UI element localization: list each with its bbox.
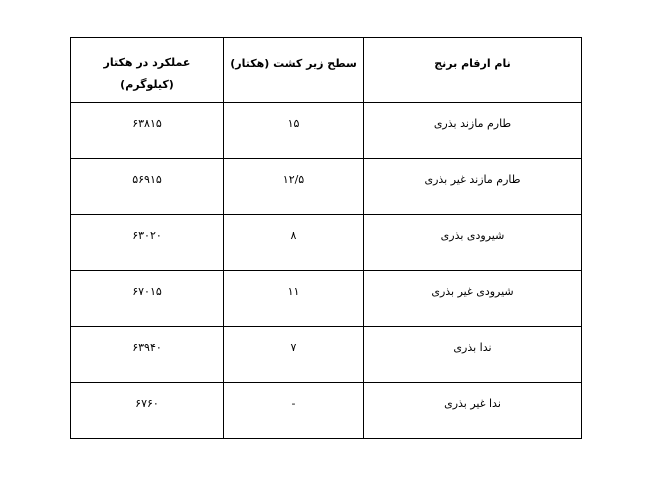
table-row: ندا غیر بذری - ۶۷۶۰ (71, 383, 582, 439)
cell-yield: ۶۳۹۴۰ (71, 327, 224, 383)
cell-variety-name: طارم مازند بذری (364, 103, 582, 159)
table-row: ندا بذری ۷ ۶۳۹۴۰ (71, 327, 582, 383)
table-row: شیرودی بذری ۸ ۶۳۰۲۰ (71, 215, 582, 271)
cell-variety-name: ندا غیر بذری (364, 383, 582, 439)
rice-varieties-table: نام ارقام برنج سطح زیر کشت (هکتار) عملکر… (70, 37, 582, 439)
cell-area: - (224, 383, 364, 439)
header-yield-line1: عملکرد در هکتار (71, 52, 223, 74)
header-variety-name: نام ارقام برنج (364, 38, 582, 103)
cell-variety-name: طارم مازند غیر بذری (364, 159, 582, 215)
header-row: نام ارقام برنج سطح زیر کشت (هکتار) عملکر… (71, 38, 582, 103)
cell-variety-name: ندا بذری (364, 327, 582, 383)
cell-variety-name: شیرودی بذری (364, 215, 582, 271)
table-row: شیرودی غیر بذری ۱۱ ۶۷۰۱۵ (71, 271, 582, 327)
table-row: طارم مازند بذری ۱۵ ۶۳۸۱۵ (71, 103, 582, 159)
cell-variety-name: شیرودی غیر بذری (364, 271, 582, 327)
cell-area: ۱۱ (224, 271, 364, 327)
header-cultivated-area: سطح زیر کشت (هکتار) (224, 38, 364, 103)
header-yield-line2: (کیلوگرم) (71, 74, 223, 96)
cell-area: ۱۲/۵ (224, 159, 364, 215)
cell-area: ۱۵ (224, 103, 364, 159)
table-row: طارم مازند غیر بذری ۱۲/۵ ۵۶۹۱۵ (71, 159, 582, 215)
cell-yield: ۵۶۹۱۵ (71, 159, 224, 215)
cell-area: ۷ (224, 327, 364, 383)
header-yield: عملکرد در هکتار (کیلوگرم) (71, 38, 224, 103)
cell-area: ۸ (224, 215, 364, 271)
cell-yield: ۶۷۶۰ (71, 383, 224, 439)
cell-yield: ۶۳۰۲۰ (71, 215, 224, 271)
cell-yield: ۶۷۰۱۵ (71, 271, 224, 327)
cell-yield: ۶۳۸۱۵ (71, 103, 224, 159)
